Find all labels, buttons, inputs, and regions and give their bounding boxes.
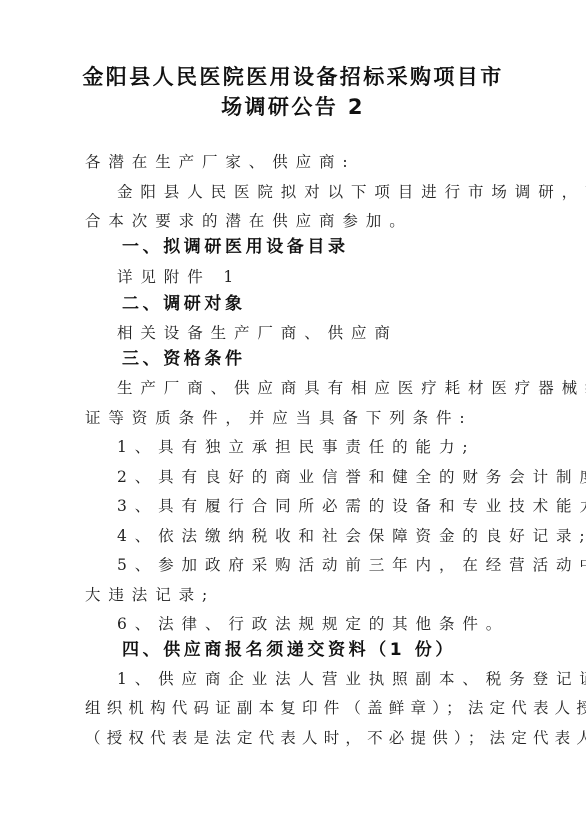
section-3-paragraph-line-2: 证等资质条件，并应当具备下列条件:	[85, 407, 505, 429]
document-title-line-2: 场调研公告 2	[60, 92, 526, 122]
section-4-item-1-line-3: （授权代表是法定代表人时，不必提供）；法定代表人和授	[85, 727, 505, 749]
intro-paragraph-line-2: 合本次要求的潜在供应商参加。	[85, 210, 505, 232]
section-4-item-1-line-2: 组织机构代码证副本复印件（盖鲜章）；法定代表人授权书	[85, 697, 505, 719]
section-heading-3: 三、资格条件	[122, 347, 246, 371]
document-title-line-1: 金阳县人民医院医用设备招标采购项目市	[60, 62, 526, 92]
condition-item-4: 4、依法缴纳税收和社会保障资金的良好记录;	[117, 525, 537, 547]
section-3-paragraph-line-1: 生产厂商、供应商具有相应医疗耗材医疗器械经营许可	[117, 377, 537, 399]
section-heading-2: 二、调研对象	[122, 292, 246, 316]
section-2-body: 相关设备生产厂商、供应商	[117, 322, 537, 344]
intro-paragraph-line-1: 金阳县人民医院拟对以下项目进行市场调研，兹邀请符	[117, 181, 537, 203]
section-4-item-1-line-1: 1、供应商企业法人营业执照副本、税务登记证副本、	[117, 668, 537, 690]
condition-item-6: 6、法律、行政法规规定的其他条件。	[117, 613, 537, 635]
condition-item-5-line-1: 5、参加政府采购活动前三年内，在经营活动中没有重	[117, 554, 537, 576]
condition-item-5-line-2: 大违法记录;	[85, 584, 505, 606]
document-page: 金阳县人民医院医用设备招标采购项目市 场调研公告 2 各潜在生产厂家、供应商: …	[0, 0, 586, 826]
section-heading-4: 四、供应商报名须递交资料（1 份）	[122, 638, 456, 662]
condition-item-1: 1、具有独立承担民事责任的能力;	[117, 436, 537, 458]
condition-item-2: 2、具有良好的商业信誉和健全的财务会计制度;	[117, 466, 537, 488]
salutation: 各潜在生产厂家、供应商:	[85, 151, 505, 173]
section-heading-1: 一、拟调研医用设备目录	[122, 235, 349, 259]
condition-item-3: 3、具有履行合同所必需的设备和专业技术能力;	[117, 495, 537, 517]
section-1-body: 详见附件 1	[117, 266, 537, 288]
